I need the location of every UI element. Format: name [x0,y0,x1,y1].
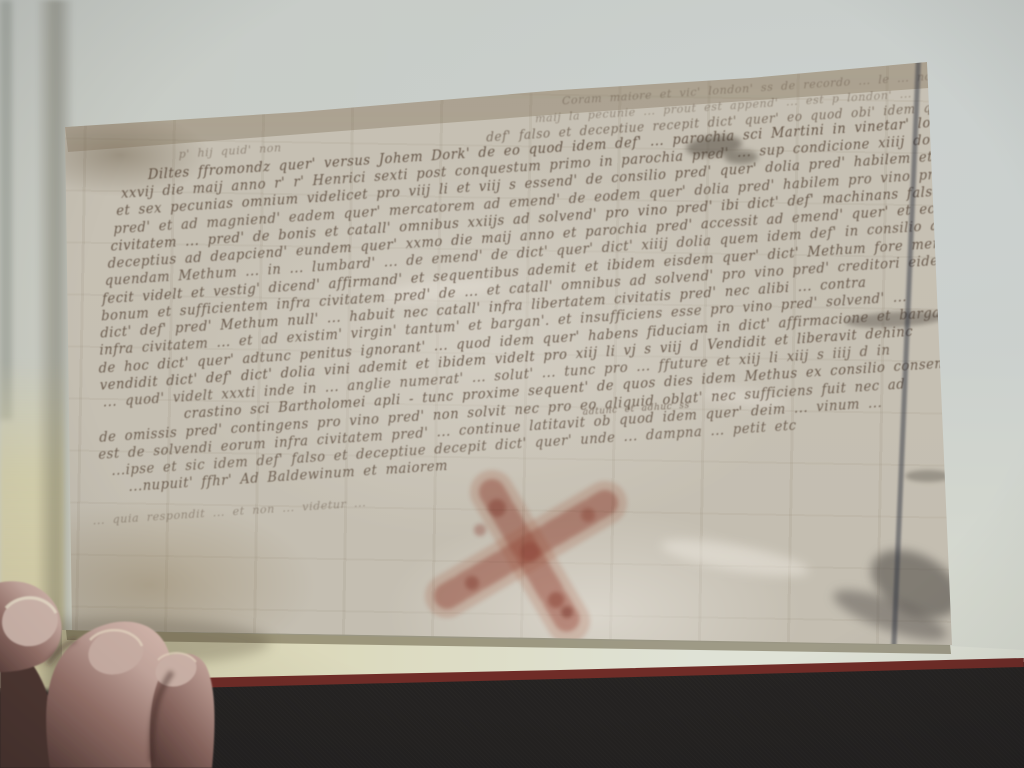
photo-of-manuscript: Coram maiore et vic' london' ss de recor… [0,0,1024,768]
hand-fingertips [0,0,1024,768]
